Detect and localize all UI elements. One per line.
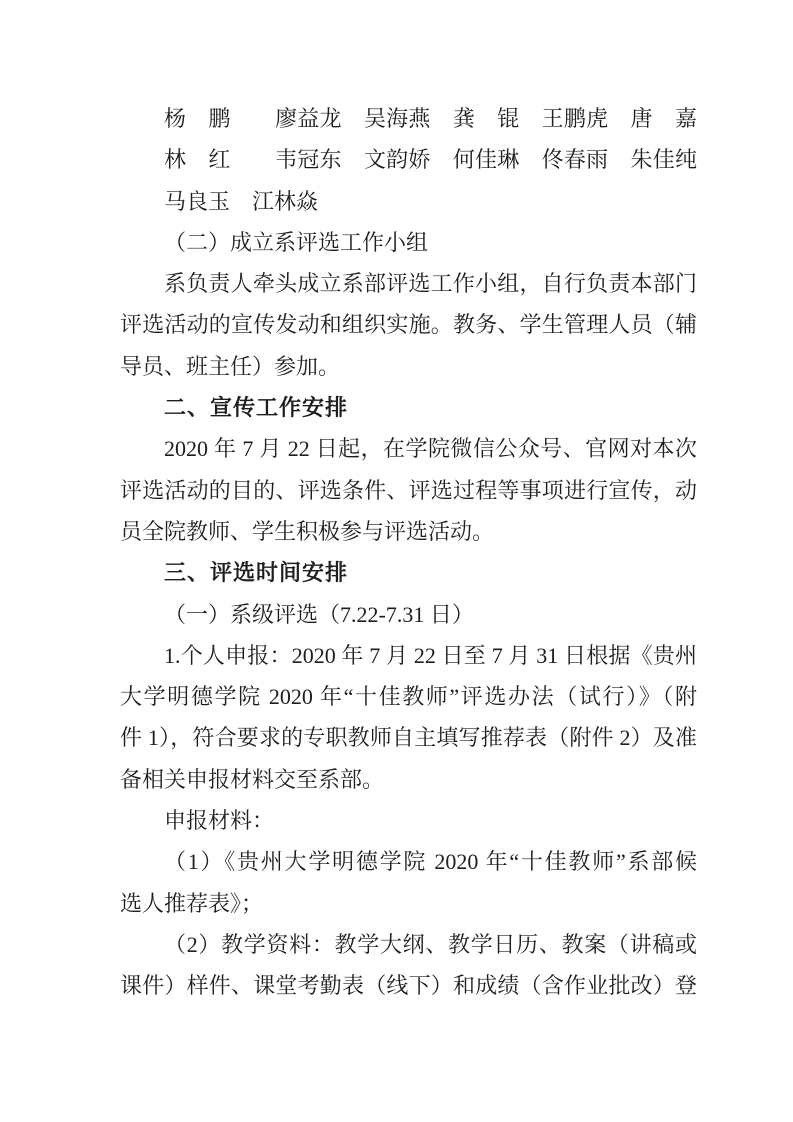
para-committee-line-2: 评选活动的宣传发动和组织实施。教务、学生管理人员（辅	[120, 304, 697, 345]
section-heading-schedule: 三、评选时间安排	[120, 552, 697, 593]
para-material-2-line-2: 课件）样件、课堂考勤表（线下）和成绩（含作业批改）登	[120, 965, 697, 1006]
para-publicity-line-3: 员全院教师、学生积极参与评选活动。	[120, 511, 697, 552]
subsection-heading-department-selection: （一）系级评选（7.22-7.31 日）	[120, 594, 697, 635]
name-list-line-2: 林 红 韦冠东 文韵娇 何佳琳 佟春雨 朱佳纯	[120, 139, 697, 180]
name-list-line-1: 杨 鹏 廖益龙 吴海燕 龚 锟 王鹏虎 唐 嘉	[120, 98, 697, 139]
para-publicity-line-1: 2020 年 7 月 22 日起，在学院微信公众号、官网对本次	[120, 428, 697, 469]
para-application-line-4: 备相关申报材料交至系部。	[120, 759, 697, 800]
para-application-line-3: 件 1），符合要求的专职教师自主填写推荐表（附件 2）及准	[120, 717, 697, 758]
para-material-1-line-2: 选人推荐表》；	[120, 883, 697, 924]
section-heading-publicity: 二、宣传工作安排	[120, 387, 697, 428]
para-publicity-line-2: 评选活动的目的、评选条件、评选过程等事项进行宣传，动	[120, 470, 697, 511]
para-material-2-line-1: （2）教学资料：教学大纲、教学日历、教案（讲稿或	[120, 924, 697, 965]
para-materials-intro: 申报材料：	[120, 800, 697, 841]
para-committee-line-3: 导员、班主任）参加。	[120, 346, 697, 387]
subsection-heading-establish-committee: （二）成立系评选工作小组	[120, 222, 697, 263]
para-application-line-1: 1.个人申报：2020 年 7 月 22 日至 7 月 31 日根据《贵州	[120, 635, 697, 676]
para-material-1-line-1: （1）《贵州大学明德学院 2020 年“十佳教师”系部候	[120, 841, 697, 882]
para-committee-line-1: 系负责人牵头成立系部评选工作小组，自行负责本部门	[120, 263, 697, 304]
para-application-line-2: 大学明德学院 2020 年“十佳教师”评选办法（试行）》（附	[120, 676, 697, 717]
document-page: 杨 鹏 廖益龙 吴海燕 龚 锟 王鹏虎 唐 嘉 林 红 韦冠东 文韵娇 何佳琳 …	[0, 0, 793, 1122]
name-list-line-3: 马良玉 江林焱	[120, 181, 697, 222]
